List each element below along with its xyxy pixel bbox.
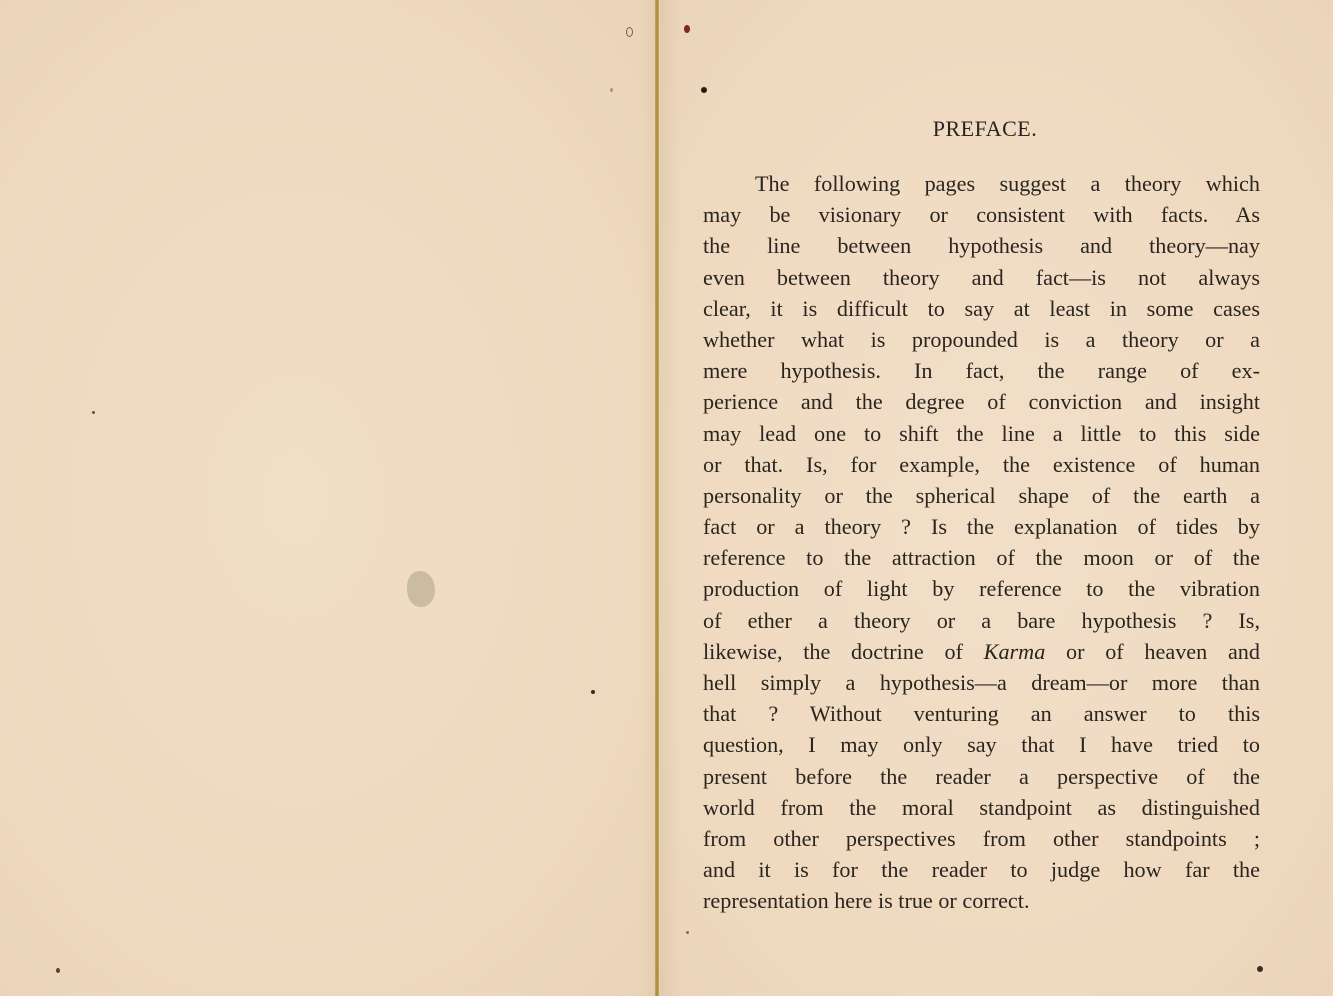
text-line: and it is for the reader to judge how fa… xyxy=(703,854,1260,885)
book-spread: PREFACE. The following pages suggest a t… xyxy=(0,0,1333,996)
text-line: that ? Without venturing an answer to th… xyxy=(703,698,1260,729)
text-line: production of light by reference to the … xyxy=(703,573,1260,604)
text-line: world from the moral standpoint as disti… xyxy=(703,792,1260,823)
text-line: even between theory and fact—is not alwa… xyxy=(703,262,1260,293)
text-line: personality or the spherical shape of th… xyxy=(703,480,1260,511)
text-fragment: likewise, the doctrine of xyxy=(703,639,984,664)
text-line: fact or a theory ? Is the explanation of… xyxy=(703,511,1260,542)
ink-speck xyxy=(686,931,689,934)
ink-speck xyxy=(701,87,707,93)
text-line-karma: likewise, the doctrine of Karma or of he… xyxy=(703,636,1260,667)
ink-speck xyxy=(610,88,613,92)
text-line: may be visionary or consistent with fact… xyxy=(703,199,1260,230)
ink-speck xyxy=(591,690,595,694)
paper-stain xyxy=(407,571,435,607)
text-line: mere hypothesis. In fact, the range of e… xyxy=(703,355,1260,386)
gutter-line xyxy=(655,0,659,996)
text-line: representation here is true or correct. xyxy=(703,885,1260,916)
text-line: whether what is propounded is a theory o… xyxy=(703,324,1260,355)
ink-speck xyxy=(1257,966,1263,972)
ink-speck xyxy=(92,411,95,414)
text-line: from other perspectives from other stand… xyxy=(703,823,1260,854)
text-line: clear, it is difficult to say at least i… xyxy=(703,293,1260,324)
text-line: the line between hypothesis and theory—n… xyxy=(703,230,1260,261)
text-line: may lead one to shift the line a little … xyxy=(703,418,1260,449)
text-line: perience and the degree of conviction an… xyxy=(703,386,1260,417)
preface-paragraph: The following pages suggest a theory whi… xyxy=(703,168,1260,917)
text-line: of ether a theory or a bare hypothesis ?… xyxy=(703,605,1260,636)
text-line: or that. Is, for example, the existence … xyxy=(703,449,1260,480)
ink-speck xyxy=(626,27,633,37)
text-line: question, I may only say that I have tri… xyxy=(703,729,1260,760)
italic-term-karma: Karma xyxy=(984,639,1046,664)
text-fragment: or of heaven and xyxy=(1045,639,1260,664)
page-title: PREFACE. xyxy=(660,116,1310,142)
ink-speck xyxy=(684,25,690,33)
text-line: present before the reader a perspective … xyxy=(703,761,1260,792)
text-line: reference to the attraction of the moon … xyxy=(703,542,1260,573)
text-line: The following pages suggest a theory whi… xyxy=(703,168,1260,199)
ink-speck xyxy=(56,968,60,973)
left-page-blank xyxy=(0,0,656,996)
gutter-shadow xyxy=(640,0,680,996)
text-line: hell simply a hypothesis—a dream—or more… xyxy=(703,667,1260,698)
